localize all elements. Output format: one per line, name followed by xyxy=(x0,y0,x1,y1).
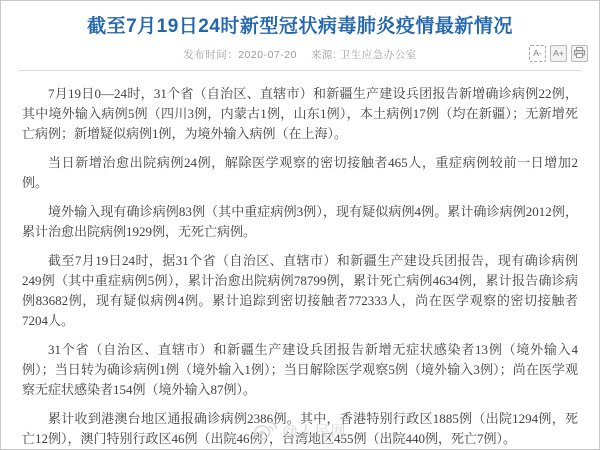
page-title: 截至7月19日24时新型冠状病毒肺炎疫情最新情况 xyxy=(1,14,599,40)
source-label: 来源: xyxy=(311,49,336,61)
paragraph-cumulative-totals: 截至7月19日24时，据31个省（自治区、直辖市）和新疆生产建设兵团报告，现有确… xyxy=(22,251,578,331)
article-page: 截至7月19日24时新型冠状病毒肺炎疫情最新情况 发布时间：2020-07-20… xyxy=(0,0,600,450)
weibo-watermark: @人民网 xyxy=(1,419,599,441)
publish-meta: 发布时间：2020-07-20来源: 卫生应急办公室 xyxy=(1,47,599,62)
article-toolbar: A- A+ xyxy=(529,45,588,62)
font-increase-button[interactable]: A+ xyxy=(550,45,567,62)
publish-time-value: 2020-07-20 xyxy=(238,49,297,61)
publish-time-label: 发布时间： xyxy=(183,49,238,61)
article-header: 截至7月19日24时新型冠状病毒肺炎疫情最新情况 发布时间：2020-07-20… xyxy=(1,1,599,62)
watermark-text: @人民网 xyxy=(282,420,346,441)
paragraph-asymptomatic-cases: 31个省（自治区、直辖市）和新疆生产建设兵团报告新增无症状感染者13例（境外输入… xyxy=(22,340,578,400)
printer-icon xyxy=(574,47,585,60)
paragraph-new-cases: 7月19日0—24时，31个省（自治区、直辖市）和新疆生产建设兵团报告新增确诊病… xyxy=(22,84,578,144)
print-button[interactable] xyxy=(571,45,588,62)
paragraph-imported-cases: 境外输入现有确诊病例83例（其中重症病例3例），现有疑似病例4例。累计确诊病例2… xyxy=(22,202,578,242)
weibo-icon xyxy=(253,419,277,441)
source-value: 卫生应急办公室 xyxy=(340,49,417,61)
paragraph-recovered-today: 当日新增治愈出院病例24例，解除医学观察的密切接触者465人，重症病例较前一日增… xyxy=(22,153,578,193)
font-decrease-button[interactable]: A- xyxy=(529,45,546,62)
article-body: 7月19日0—24时，31个省（自治区、直辖市）和新疆生产建设兵团报告新增确诊病… xyxy=(1,71,599,449)
